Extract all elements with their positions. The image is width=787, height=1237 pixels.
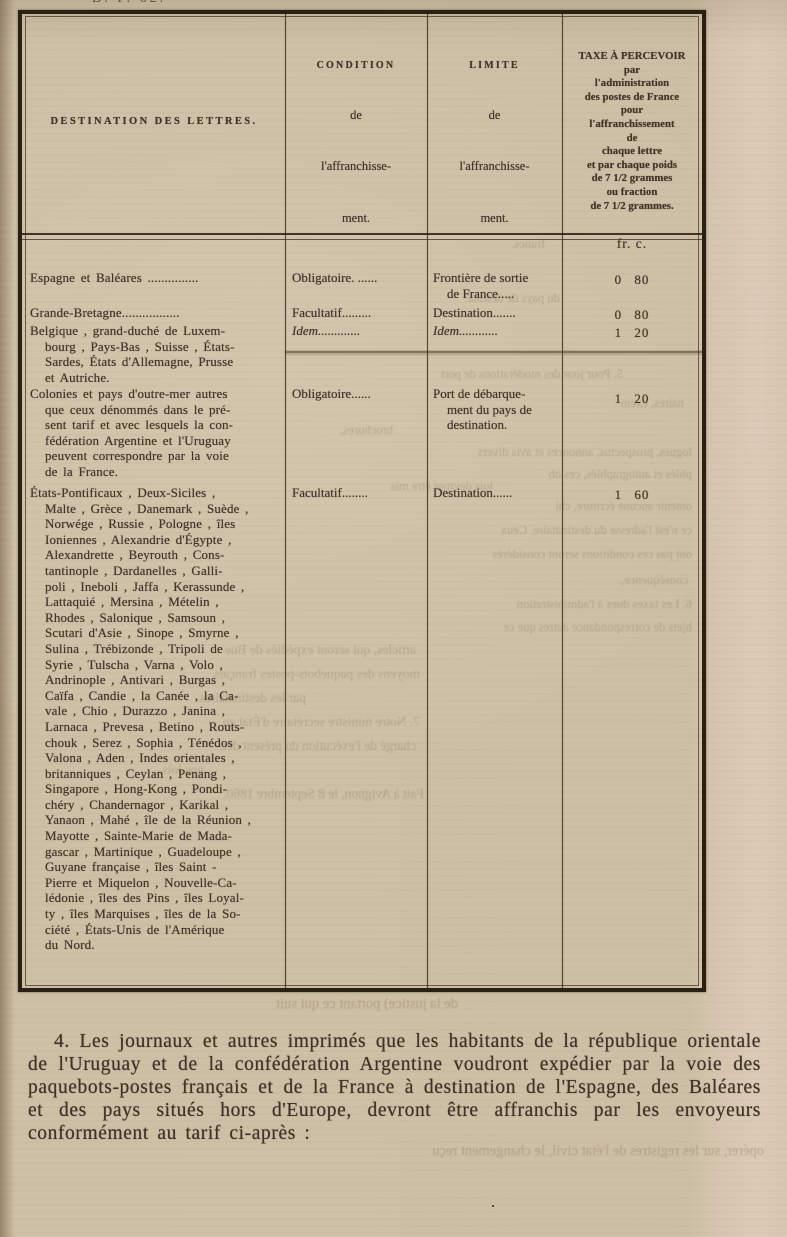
col-header-taxe-line: de	[562, 132, 702, 146]
bottom-mark: ·	[490, 1196, 496, 1217]
article-4-paragraph: 4. Les journaux et autres imprimés que l…	[28, 1030, 761, 1145]
col-header-limite-line: ment.	[480, 211, 508, 226]
row-espagne-destination: Espagne et Baléares ...............	[30, 270, 283, 286]
row-belgique-destination: Belgique , grand-duché de Luxem- bourg ,…	[30, 323, 283, 385]
col-header-limite: LIMITE de l'affranchisse- ment.	[427, 60, 562, 226]
col-header-taxe-line: l'affranchissement	[562, 118, 702, 132]
col-header-condition-line: de	[350, 108, 362, 123]
row-espagne-limite: Frontière de sortie de France.....	[433, 270, 573, 301]
col-header-limite-line: l'affranchisse-	[459, 159, 529, 174]
col-header-condition-line: ment.	[342, 211, 370, 226]
row-colonies-destination: Colonies et pays d'outre-mer autres que …	[30, 386, 283, 480]
page-header-fragment: B. P. 62.	[92, 0, 166, 7]
scanned-document-page: B. P. 62. francs. du pays de destina 5. …	[0, 0, 787, 1237]
bleedthrough-text: opérer, sur les registres de l'état civi…	[386, 1144, 764, 1158]
col-header-condition: CONDITION de l'affranchisse- ment.	[285, 60, 427, 226]
row-espagne-condition: Obligatoire. ......	[292, 270, 422, 286]
row-etats-pontificaux-destination: États-Pontificaux , Deux-Siciles , Malte…	[30, 485, 283, 953]
col-header-taxe-line: par	[562, 64, 702, 78]
row-colonies-taxe: 1 20	[562, 391, 702, 407]
row-grande-bretagne-limite: Destination.......	[433, 305, 573, 321]
row-espagne-taxe: 0 80	[562, 272, 702, 288]
col-header-taxe-line: de 7 1/2 grammes.	[562, 200, 702, 214]
bleedthrough-text: de la justice) portant ce qui suit	[166, 997, 458, 1011]
col-header-taxe-line: et par chaque poids	[562, 159, 702, 173]
col-header-condition-line: l'affranchisse-	[321, 159, 391, 174]
row-belgique-limite: Idem............	[433, 323, 573, 339]
col-header-condition-line: CONDITION	[317, 60, 396, 71]
col-header-taxe-line: des postes de France	[562, 91, 702, 105]
col-header-taxe-line: chaque lettre	[562, 145, 702, 159]
col-header-limite-line: LIMITE	[469, 60, 519, 71]
col-header-taxe-line: de 7 1/2 grammes	[562, 172, 702, 186]
row-etats-pontificaux-limite: Destination......	[433, 485, 573, 501]
row-colonies-limite: Port de débarque- ment du pays de destin…	[433, 386, 573, 433]
postal-tariff-table: DESTINATION DES LETTRES. CONDITION de l'…	[18, 10, 706, 992]
row-belgique-taxe: 1 20	[562, 325, 702, 341]
row-colonies-condition: Obligatoire......	[292, 386, 422, 402]
row-grande-bretagne-destination: Grande-Bretagne.................	[30, 305, 283, 321]
col-header-taxe-line: TAXE À PERCEVOIR	[562, 50, 702, 64]
currency-units-label: fr. c.	[562, 236, 702, 252]
col-header-taxe-line: l'administration	[562, 77, 702, 91]
col-header-taxe: TAXE À PERCEVOIR par l'administration de…	[562, 50, 702, 213]
col-header-destination: DESTINATION DES LETTRES.	[30, 14, 278, 229]
col-header-destination-label: DESTINATION DES LETTRES.	[50, 116, 257, 127]
binding-gutter-shadow	[0, 0, 14, 1237]
col-header-taxe-line: ou fraction	[562, 186, 702, 200]
row-etats-pontificaux-taxe: 1 60	[562, 487, 702, 503]
col-header-taxe-line: pour	[562, 104, 702, 118]
row-belgique-condition: Idem.............	[292, 323, 422, 339]
row-grande-bretagne-condition: Facultatif.........	[292, 305, 422, 321]
row-group-rule	[285, 351, 702, 355]
col-header-limite-line: de	[489, 108, 501, 123]
row-etats-pontificaux-condition: Facultatif........	[292, 485, 422, 501]
row-grande-bretagne-taxe: 0 80	[562, 307, 702, 323]
